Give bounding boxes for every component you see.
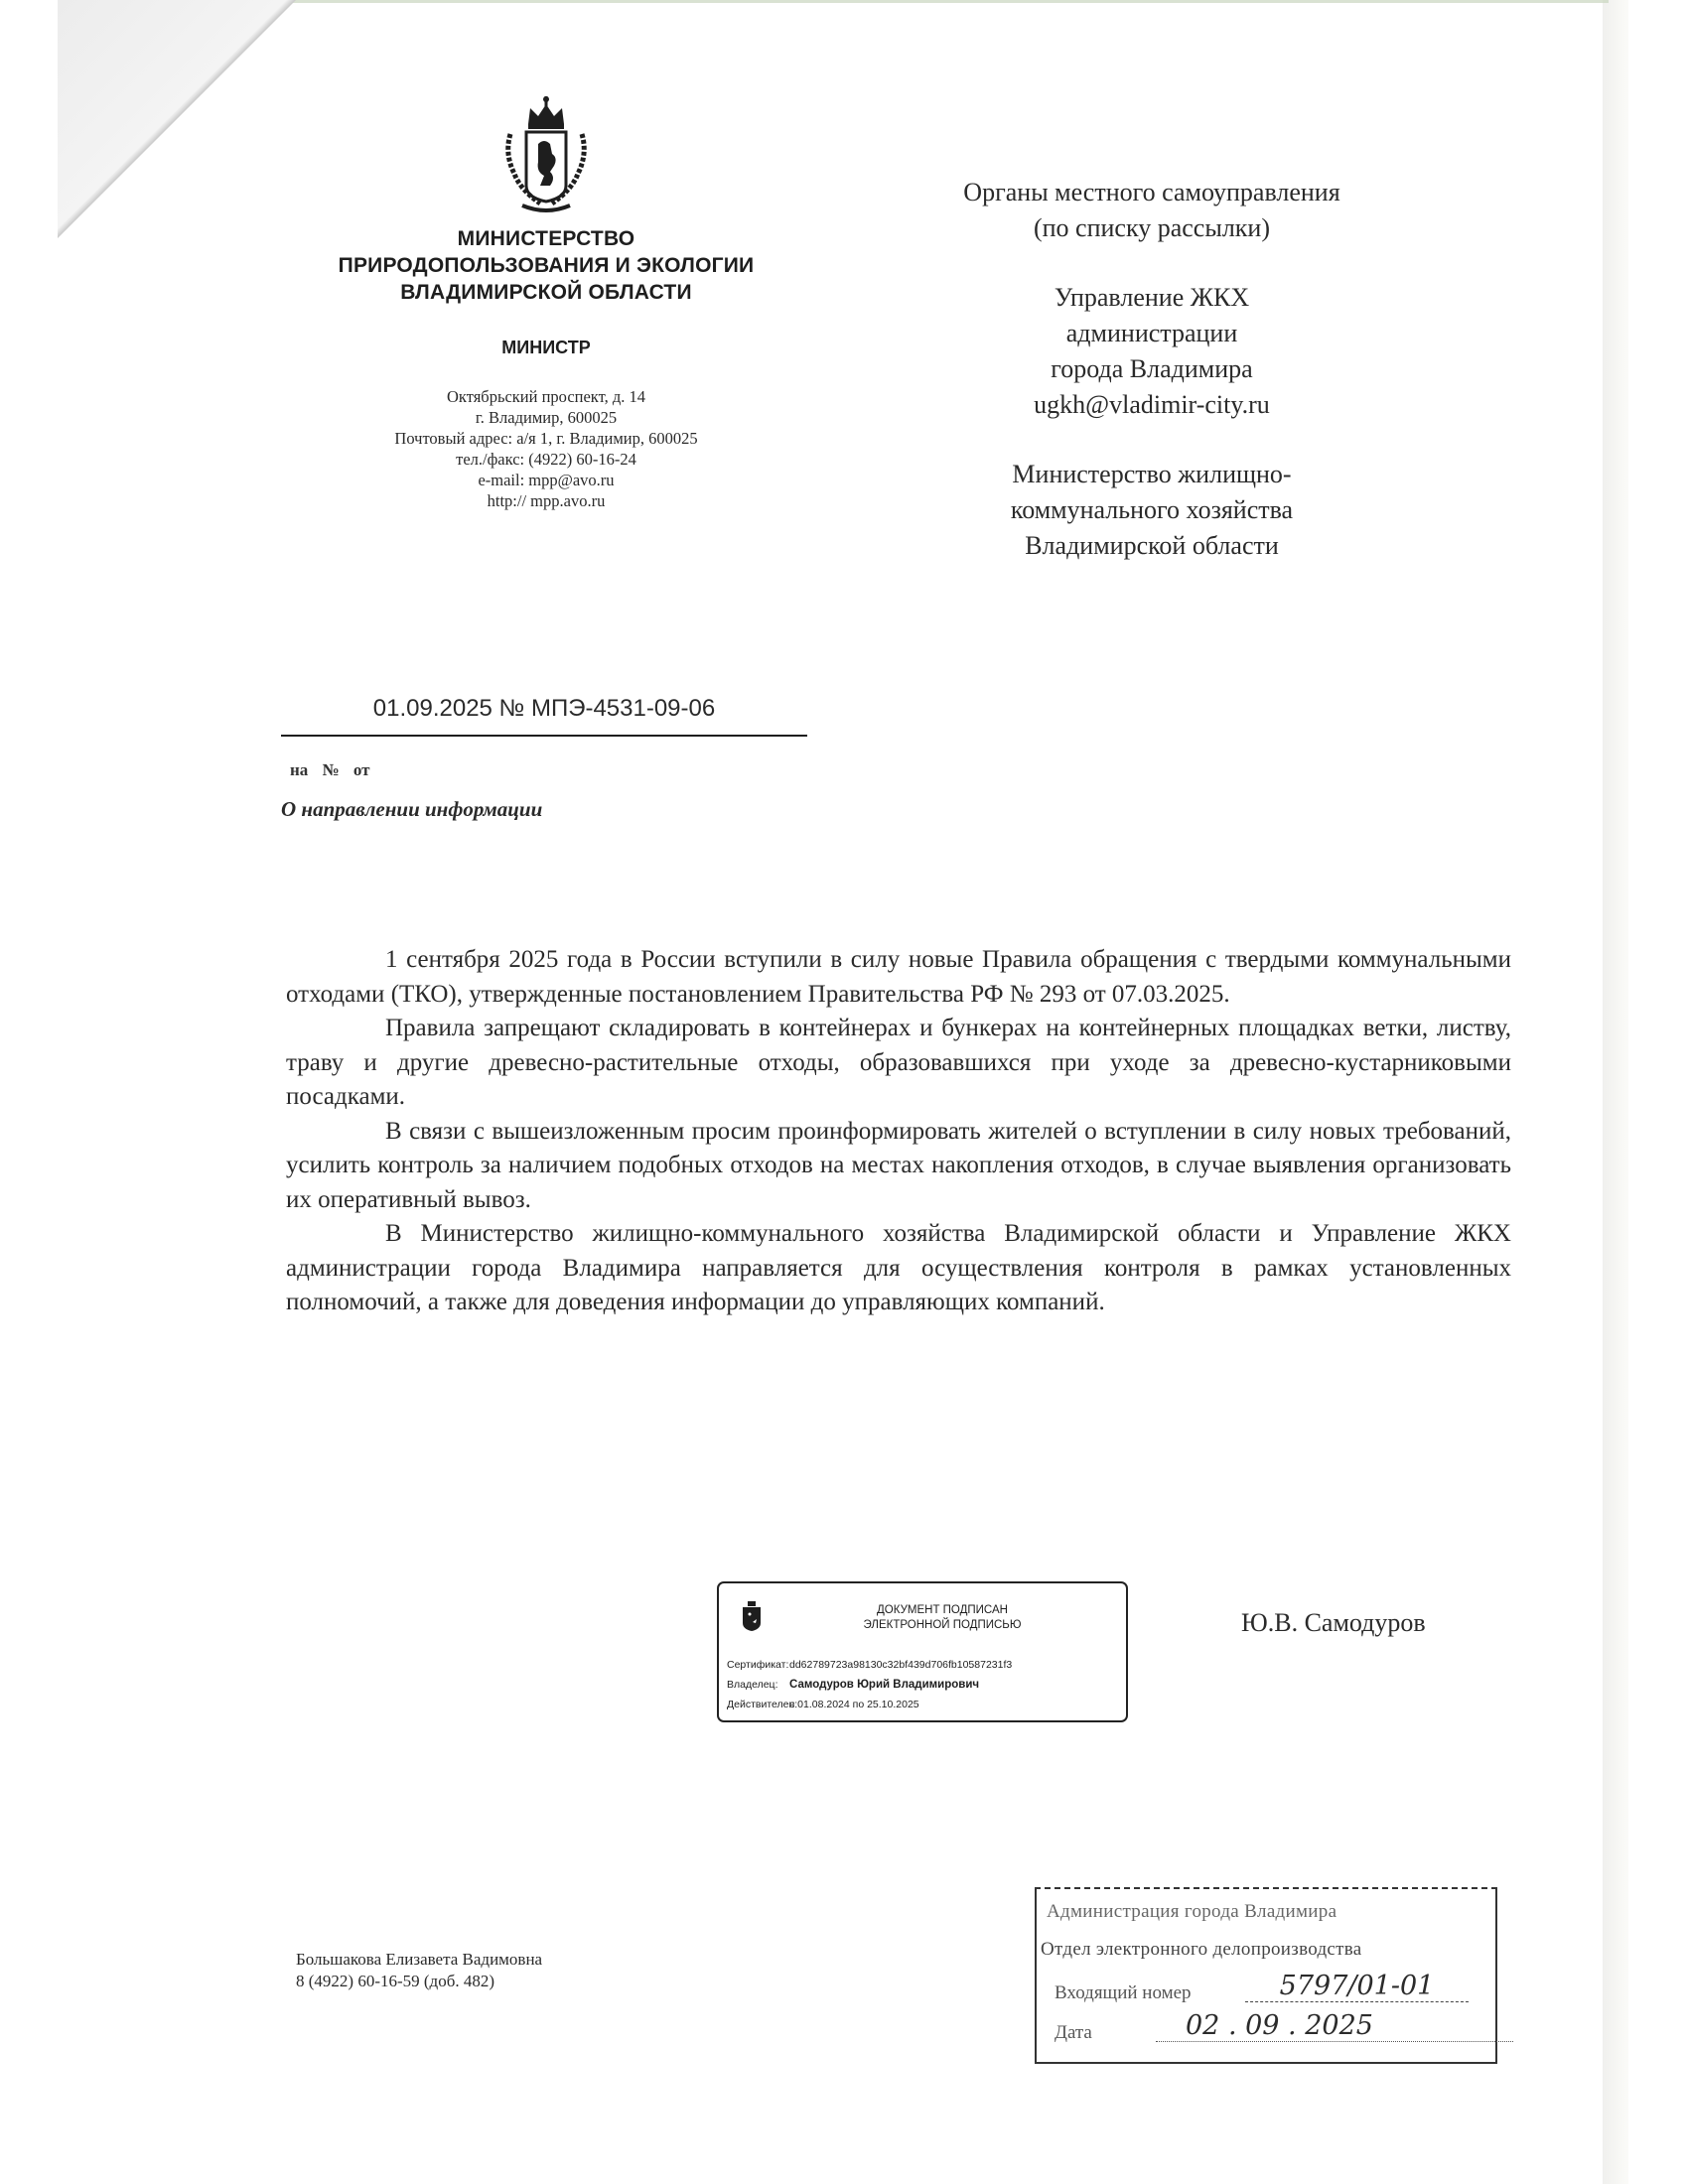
- stamp-department: Отдел электронного делопроизводства: [1041, 1939, 1362, 1961]
- addressee-local-governments: Органы местного самоуправления (по списк…: [874, 175, 1430, 246]
- addressees: Органы местного самоуправления (по списк…: [874, 175, 1430, 598]
- signer-name: Ю.В. Самодуров: [1241, 1608, 1426, 1638]
- document-number: 01.09.2025 № МПЭ-4531-09-06: [281, 695, 807, 727]
- page-edge: [1603, 0, 1628, 2184]
- ministry-name-line: ВЛАДИМИРСКОЙ ОБЛАСТИ: [298, 279, 794, 306]
- reply-ref-number-sign: №: [323, 760, 340, 779]
- esig-certificate-value: dd62789723a98130c32bf439d706fb10587231f3: [789, 1655, 1012, 1675]
- addressee-line: (по списку рассылки): [874, 210, 1430, 246]
- addressee-line: коммунального хозяйства: [874, 492, 1430, 528]
- body-paragraph: Правила запрещают складировать в контейн…: [286, 1012, 1511, 1115]
- addressee-line: Органы местного самоуправления: [874, 175, 1430, 210]
- esig-valid-label: Действителен:: [727, 1695, 789, 1714]
- esig-title-line: ДОКУМЕНТ ПОДПИСАН: [778, 1603, 1106, 1618]
- stamp-organization: Администрация города Владимира: [1047, 1901, 1336, 1923]
- coat-of-arms-icon: [496, 94, 596, 215]
- esig-title: ДОКУМЕНТ ПОДПИСАН ЭЛЕКТРОННОЙ ПОДПИСЬЮ: [778, 1603, 1106, 1633]
- addressee-line: города Владимира: [874, 351, 1430, 387]
- esig-owner-value: Самодуров Юрий Владимирович: [789, 1675, 979, 1695]
- stamp-date: 02 . 09 . 2025: [1156, 2010, 1513, 2042]
- letter-body: 1 сентября 2025 года в России вступили в…: [286, 943, 1511, 1320]
- email-line: e-mail: mpp@avo.ru: [298, 470, 794, 490]
- city-line: г. Владимир, 600025: [298, 407, 794, 428]
- coat-of-arms-icon: [741, 1601, 763, 1631]
- phone-line: тел./факс: (4922) 60-16-24: [298, 449, 794, 470]
- esig-valid-value: с 01.08.2024 по 25.10.2025: [789, 1695, 919, 1714]
- electronic-signature-stamp: ДОКУМЕНТ ПОДПИСАН ЭЛЕКТРОННОЙ ПОДПИСЬЮ С…: [717, 1581, 1128, 1722]
- ministry-name-line: МИНИСТЕРСТВО: [298, 225, 794, 252]
- postal-address-line: Почтовый адрес: а/я 1, г. Владимир, 6000…: [298, 428, 794, 449]
- ministry-name: МИНИСТЕРСТВО ПРИРОДОПОЛЬЗОВАНИЯ И ЭКОЛОГ…: [298, 225, 794, 306]
- esig-details: Сертификат: dd62789723a98130c32bf439d706…: [727, 1655, 1012, 1714]
- stamp-date-label: Дата: [1055, 2022, 1092, 2044]
- address-line: Октябрьский проспект, д. 14: [298, 386, 794, 407]
- esig-owner-label: Владелец:: [727, 1675, 789, 1695]
- executor-name: Большакова Елизавета Вадимовна: [296, 1949, 542, 1971]
- esig-valid-row: Действителен: с 01.08.2024 по 25.10.2025: [727, 1695, 1012, 1714]
- reply-ref-na: на: [290, 760, 308, 779]
- addressee-line: Управление ЖКХ: [874, 280, 1430, 316]
- letterhead: МИНИСТЕРСТВО ПРИРОДОПОЛЬЗОВАНИЯ И ЭКОЛОГ…: [298, 94, 794, 511]
- position-title: МИНИСТР: [298, 338, 794, 358]
- ministry-name-line: ПРИРОДОПОЛЬЗОВАНИЯ И ЭКОЛОГИИ: [298, 252, 794, 279]
- document-number-underline: [281, 735, 807, 737]
- ministry-contacts: Октябрьский проспект, д. 14 г. Владимир,…: [298, 386, 794, 511]
- executor-info: Большакова Елизавета Вадимовна 8 (4922) …: [296, 1949, 542, 1992]
- reply-ref-from: от: [353, 760, 370, 779]
- body-paragraph: 1 сентября 2025 года в России вступили в…: [286, 943, 1511, 1012]
- addressee-housing-ministry: Министерство жилищно- коммунального хозя…: [874, 457, 1430, 564]
- body-paragraph: В связи с вышеизложенным просим проинфор…: [286, 1115, 1511, 1218]
- document-subject: О направлении информации: [281, 797, 542, 822]
- esig-certificate-row: Сертификат: dd62789723a98130c32bf439d706…: [727, 1655, 1012, 1675]
- esig-owner-row: Владелец: Самодуров Юрий Владимирович: [727, 1675, 1012, 1695]
- scan-edge-tint: [288, 0, 1609, 3]
- stamp-incoming-label: Входящий номер: [1055, 1982, 1192, 2004]
- stamp-incoming-number: 5797/01-01: [1245, 1971, 1469, 2002]
- addressee-line: Министерство жилищно-: [874, 457, 1430, 492]
- website-line: http:// mpp.avo.ru: [298, 490, 794, 511]
- addressee-line: Владимирской области: [874, 528, 1430, 564]
- addressee-email: ugkh@vladimir-city.ru: [874, 387, 1430, 423]
- esig-title-line: ЭЛЕКТРОННОЙ ПОДПИСЬЮ: [778, 1618, 1106, 1633]
- addressee-housing-department: Управление ЖКХ администрации города Влад…: [874, 280, 1430, 423]
- reply-reference: на № от: [290, 760, 380, 780]
- executor-phone: 8 (4922) 60-16-59 (доб. 482): [296, 1971, 542, 1992]
- addressee-line: администрации: [874, 316, 1430, 351]
- registration-stamp: Администрация города Владимира Отдел эле…: [1035, 1887, 1497, 2064]
- esig-certificate-label: Сертификат:: [727, 1655, 789, 1675]
- body-paragraph: В Министерство жилищно-коммунального хоз…: [286, 1217, 1511, 1320]
